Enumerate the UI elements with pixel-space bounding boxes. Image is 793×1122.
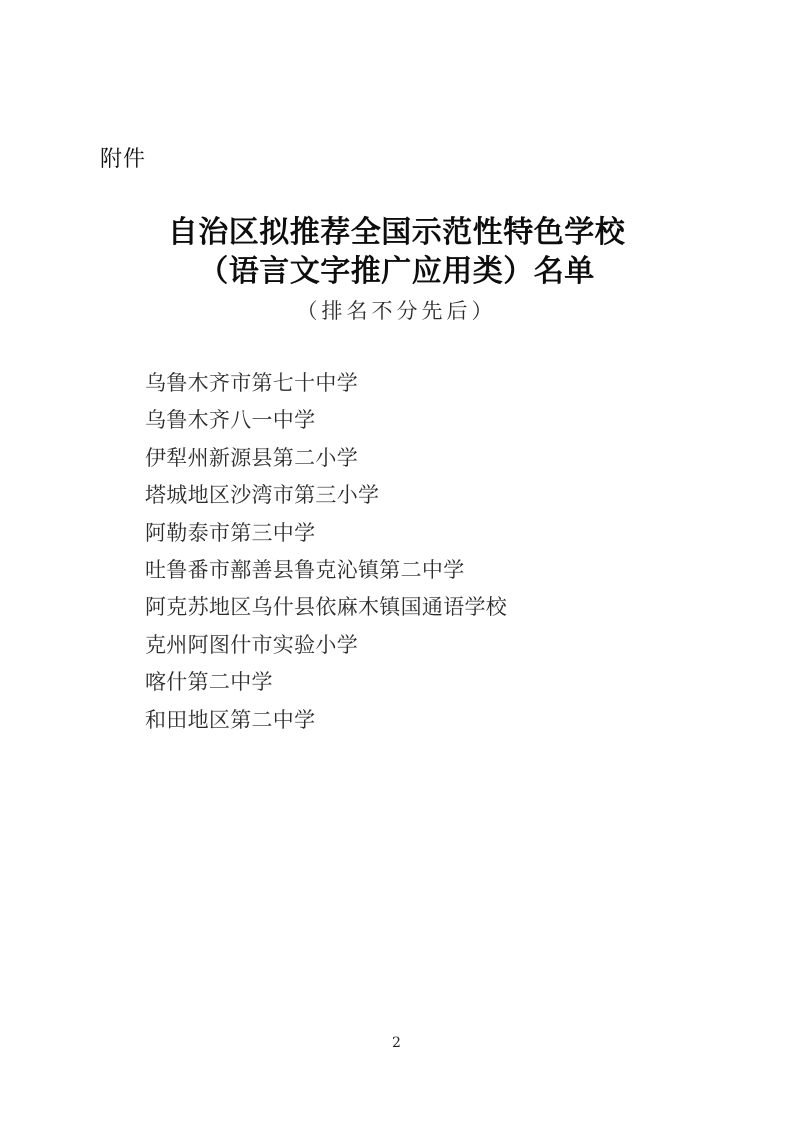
school-list-item: 克州阿图什市实验小学 — [145, 627, 705, 664]
school-list-item: 乌鲁木齐八一中学 — [145, 402, 705, 439]
title-line-1: 自治区拟推荐全国示范性特色学校 — [0, 213, 793, 252]
document-page: 附件 自治区拟推荐全国示范性特色学校 （语言文字推广应用类）名单 （排名不分先后… — [0, 0, 793, 1122]
school-list-item: 吐鲁番市鄯善县鲁克沁镇第二中学 — [145, 552, 705, 589]
ranking-note: （排名不分先后） — [0, 297, 793, 325]
attachment-label: 附件 — [100, 148, 146, 172]
school-list-item: 塔城地区沙湾市第三小学 — [145, 477, 705, 514]
school-list-item: 乌鲁木齐市第七十中学 — [145, 365, 705, 402]
school-list-item: 阿克苏地区乌什县依麻木镇国通语学校 — [145, 589, 705, 626]
school-list-item: 伊犁州新源县第二小学 — [145, 440, 705, 477]
school-list-item: 喀什第二中学 — [145, 664, 705, 701]
school-list-item: 阿勒泰市第三中学 — [145, 515, 705, 552]
page-number: 2 — [0, 1035, 793, 1051]
school-list: 乌鲁木齐市第七十中学 乌鲁木齐八一中学 伊犁州新源县第二小学 塔城地区沙湾市第三… — [145, 365, 705, 739]
title-line-2: （语言文字推广应用类）名单 — [0, 252, 793, 291]
document-title: 自治区拟推荐全国示范性特色学校 （语言文字推广应用类）名单 — [0, 213, 793, 291]
school-list-item: 和田地区第二中学 — [145, 702, 705, 739]
